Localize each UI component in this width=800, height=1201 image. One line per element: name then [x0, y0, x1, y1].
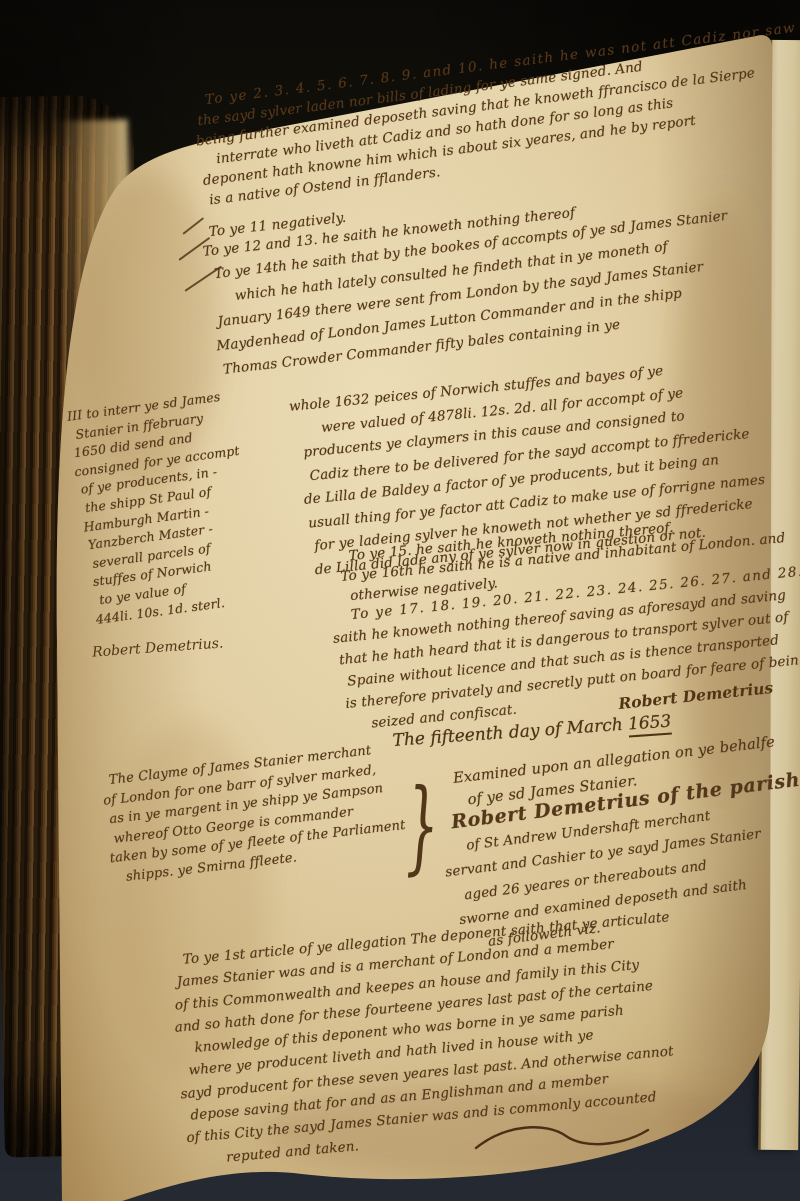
- manuscript-photo: The fifteenth day of March 1653 Robert D…: [0, 0, 800, 1201]
- margin-signature-robert-demetrius: Robert Demetrius.: [92, 635, 224, 660]
- block-margin-note-consignment: III to interr ye sd JamesStanier in ffeb…: [66, 386, 260, 629]
- block-answers-2-10: To ye 2. 3. 4. 5. 6. 7. 8. 9. and 10. he…: [190, 18, 800, 211]
- block-margin-claim: The Clayme of James Stanier merchantof L…: [100, 738, 409, 888]
- handwriting-layer: The fifteenth day of March 1653 Robert D…: [0, 0, 800, 1201]
- date-year-underlined: 1653: [627, 712, 672, 738]
- block-article-1-answer: To ye 1st article of ye allegation The d…: [168, 906, 688, 1172]
- margin-brace: }: [404, 766, 440, 886]
